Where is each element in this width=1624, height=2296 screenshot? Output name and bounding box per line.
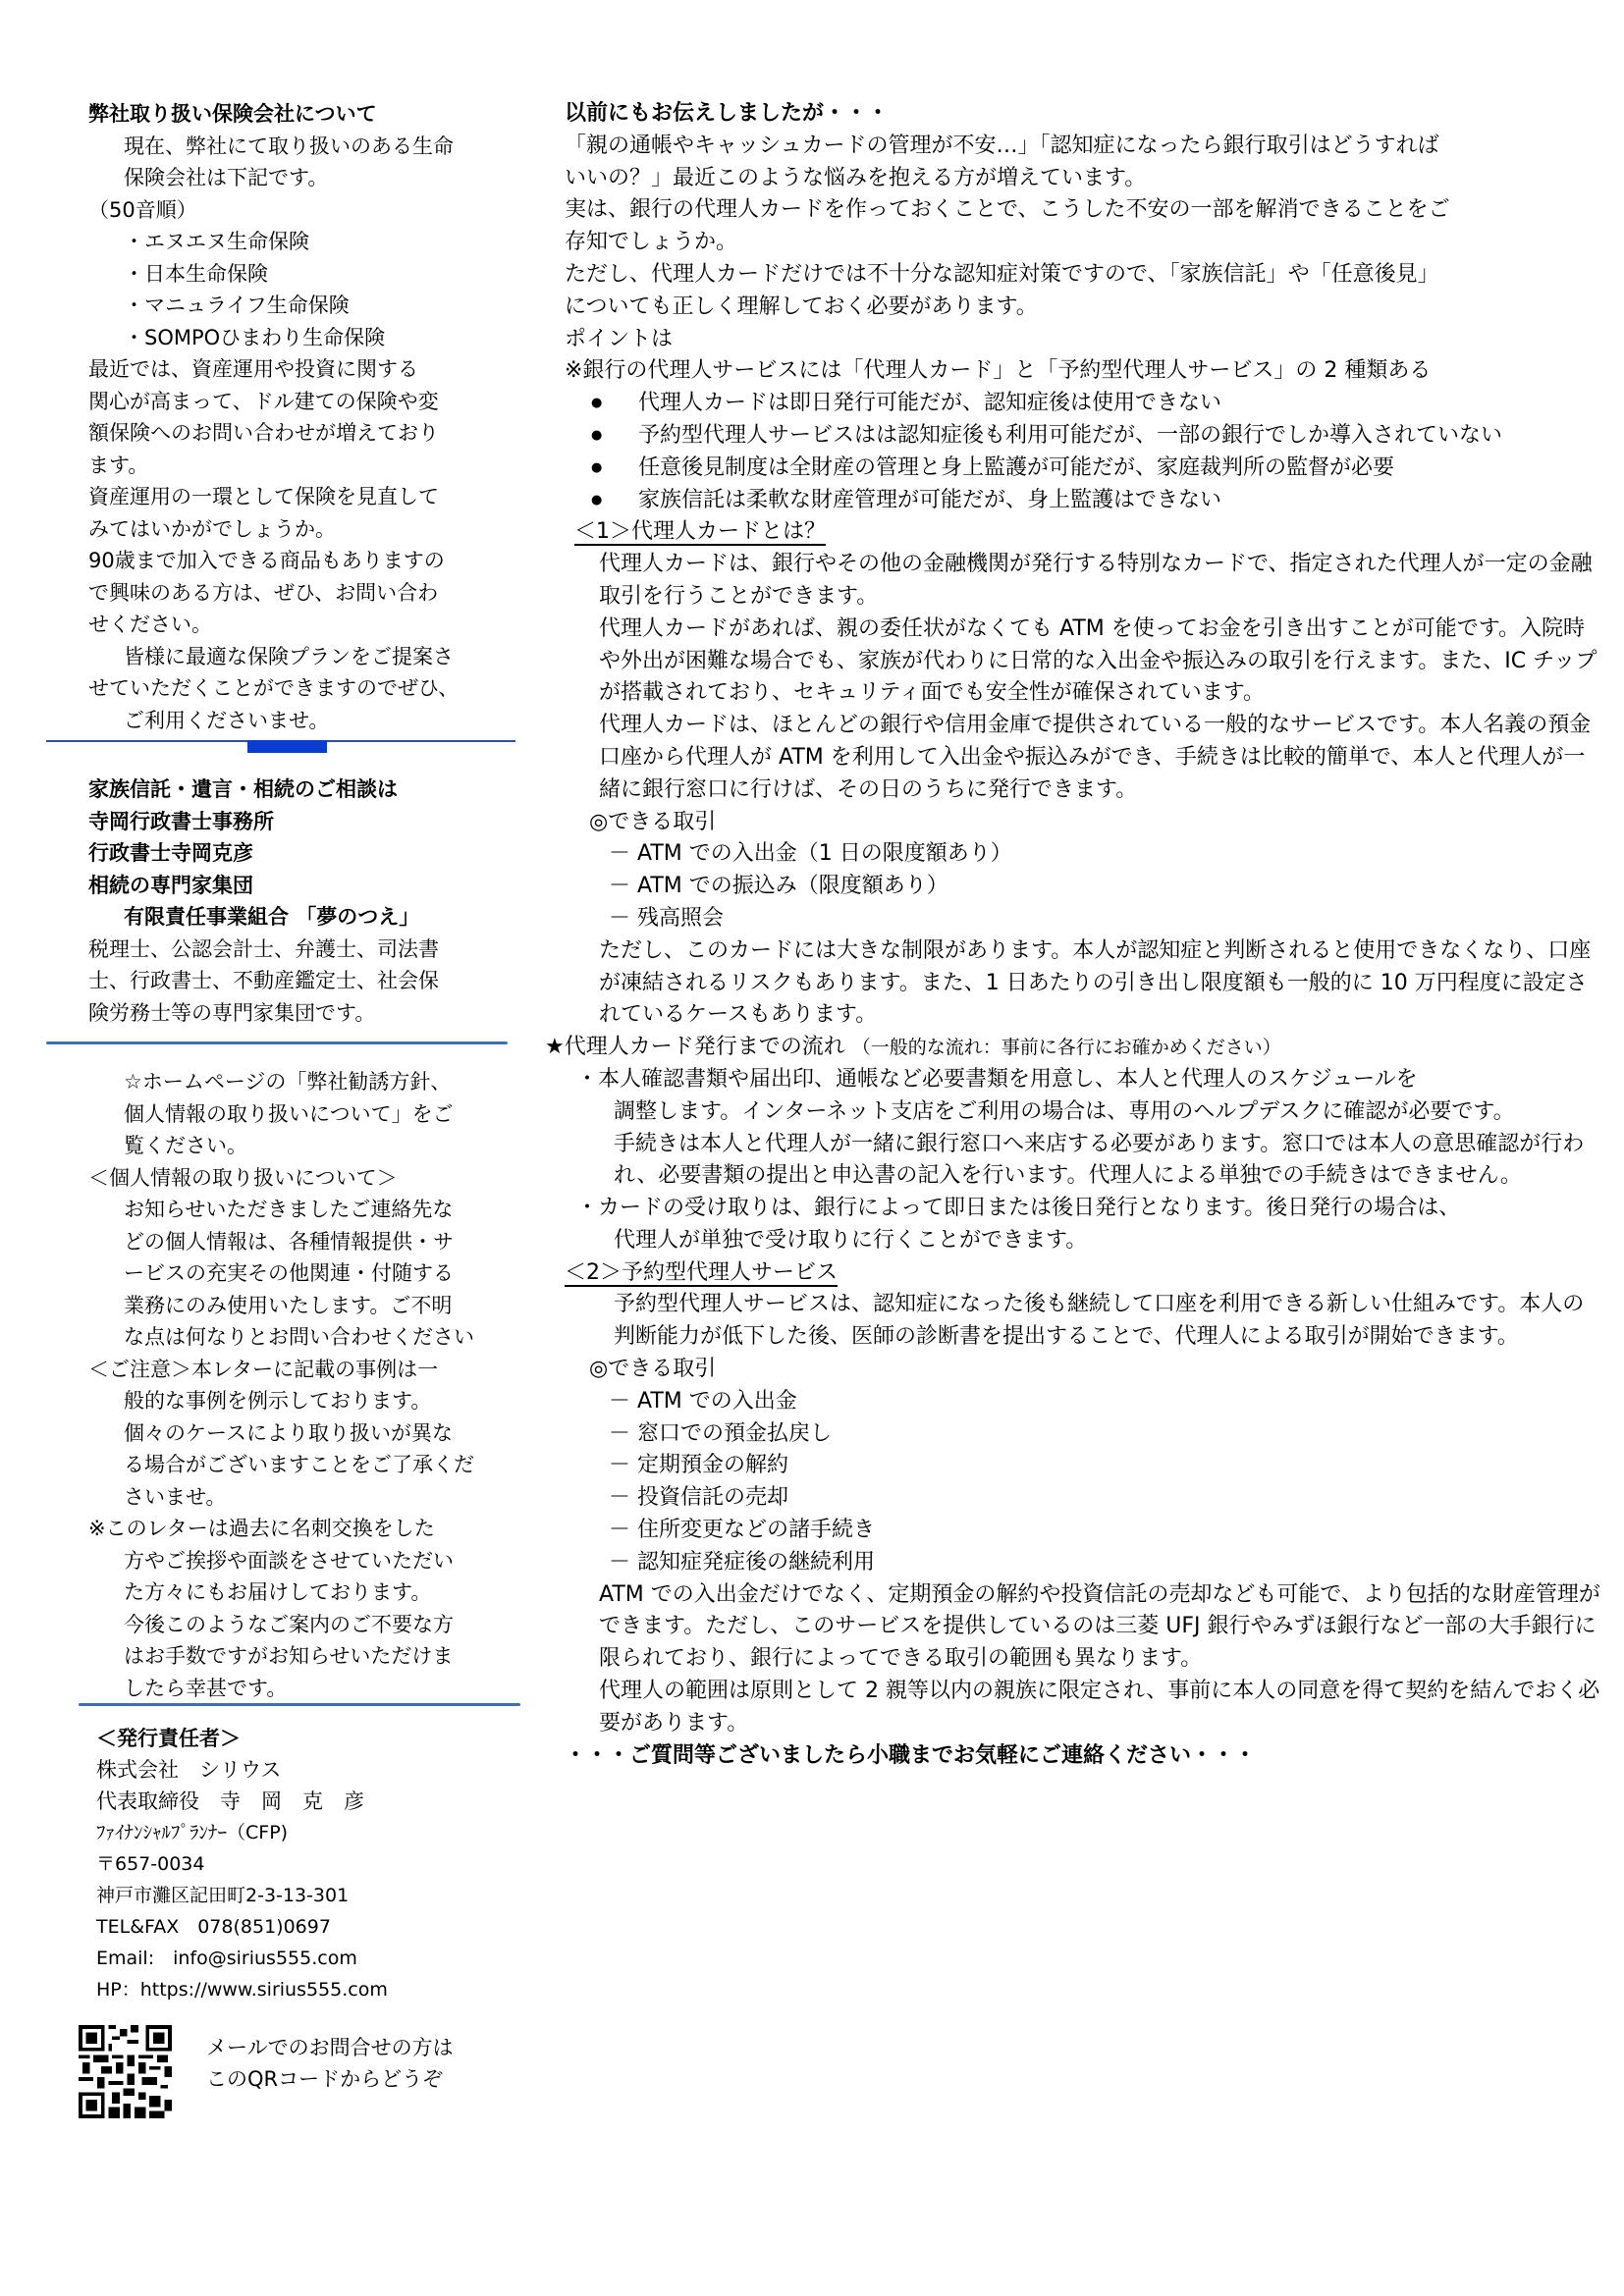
section1-title: ＜1＞代理人カードとは？ [565, 516, 1605, 549]
consult-group: 相続の専門家集団 [88, 870, 511, 902]
section1-paragraph: 代理人カードは、ほとんどの銀行や信用金庫で提供されている一般的なサービスです。本… [565, 710, 1605, 806]
consult-body-line: 税理士、公認会計士、弁護士、司法書 [88, 934, 511, 966]
consult-office: 寺岡行政書士事務所 [88, 806, 511, 838]
intro-line: 「親の通帳やキャッシュカードの管理が不安…」「認知症になったら銀行取引はどうすれ… [565, 131, 1605, 163]
section1-transactions-label: ◎できる取引 [565, 807, 1605, 839]
insurance-closing-line: ご利用くださいませ。 [88, 705, 511, 737]
note-line: 今後このようなご案内のご不要な方 [88, 1609, 511, 1641]
insurance-heading: 弊社取り扱い保険会社について [88, 98, 511, 131]
insurance-body-line: 関心が高まって、ドル建ての保険や変 [88, 386, 511, 418]
section2-transaction: － 認知症発症後の継続利用 [565, 1547, 1605, 1579]
publisher-tel: TEL&FAX 078(851)0697 [96, 1911, 518, 1943]
section2-transaction: － 窓口での預金払戻し [565, 1418, 1605, 1451]
publisher-representative: 代表取締役 寺 岡 克 彦 [96, 1786, 518, 1817]
section1-limitation: ただし、このカードには大きな制限があります。本人が認知症と判断されると使用できな… [565, 935, 1605, 1032]
qr-instruction: メールでのお問合せの方は このQRコードからどうぞ [206, 2032, 454, 2095]
insurance-closing-line: 皆様に最適な保険プランをご提案さ [88, 641, 511, 673]
intro-line: についても正しく理解しておく必要があります。 [565, 292, 1605, 324]
note-line: はお手数ですがお知らせいただけま [88, 1640, 511, 1673]
intro-line: 実は、銀行の代理人カードを作っておくことで、こうした不安の一部を解消できることを… [565, 194, 1605, 227]
qr-code-icon[interactable] [79, 2025, 172, 2118]
note-first-line: ※このレターは過去に名刺交換をした [88, 1513, 511, 1545]
right-column: 以前にもお伝えしましたが・・・ 「親の通帳やキャッシュカードの管理が不安…」「認… [565, 98, 1605, 1772]
note-line: た方々にもお届けしております。 [88, 1576, 511, 1609]
caution-first-line: ＜ご注意＞本レターに記載の事例は一 [88, 1354, 511, 1386]
caution-line: 般的な事例を例示しております。 [88, 1385, 511, 1417]
flow-title-row: ★代理人カード発行までの流れ （一般的な流れ：事前に各行にお確かめください） [545, 1032, 1605, 1064]
consult-body-line: 士、行政書士、不動産鑑定士、社会保 [88, 965, 511, 997]
privacy-line: どの個人情報は、各種情報提供・サ [88, 1226, 511, 1258]
section2-paragraph: 代理人の範囲は原則として 2 親等以内の親族に限定され、事前に本人の同意を得て契… [565, 1676, 1605, 1740]
publisher-address: 神戸市灘区記田町2-3-13-301 [96, 1880, 518, 1911]
section2-intro: 予約型代理人サービスは、認知症になった後も継続して口座を利用できる新しい仕組みで… [565, 1289, 1605, 1354]
points-list: 代理人カードは即日発行可能だが、認知症後は使用できない 予約型代理人サービスはは… [565, 388, 1605, 516]
insurance-body-line: せください。 [88, 609, 511, 641]
point-item: 任意後見制度は全財産の管理と身上監護が可能だが、家庭裁判所の監督が必要 [565, 453, 1605, 485]
intro-line: ただし、代理人カードだけでは不十分な認知症対策ですので、「家族信託」や「任意後見… [565, 259, 1605, 292]
points-label: ポイントは [565, 324, 1605, 356]
section1-transaction: － ATM での振込み（限度額あり） [565, 871, 1605, 903]
order-note: （50音順） [88, 194, 511, 227]
insurance-intro-line: 現在、弊社にて取り扱いのある生命 [88, 131, 511, 163]
privacy-line: な点は何なりとお問い合わせください [88, 1321, 511, 1354]
insurance-body-line: 90歳まで加入できる商品もありますの [88, 545, 511, 577]
accent-bar [247, 740, 327, 753]
insurance-body-line: ます。 [88, 450, 511, 482]
point-item: 家族信託は柔軟な財産管理が可能だが、身上監護はできない [565, 485, 1605, 517]
article-heading: 以前にもお伝えしましたが・・・ [565, 98, 1605, 131]
caution-line: 個々のケースにより取り扱いが異な [88, 1417, 511, 1450]
section1-paragraph: 代理人カードは、銀行やその他の金融機関が発行する特別なカードで、指定された代理人… [565, 549, 1605, 614]
caution-line: る場合がございますことをご了承くだ [88, 1449, 511, 1481]
section2-transaction: － 定期預金の解約 [565, 1450, 1605, 1482]
insurance-intro-line: 保険会社は下記です。 [88, 162, 511, 194]
section2-transaction: － 住所変更などの諸手続き [565, 1515, 1605, 1547]
publisher-postal: 〒657-0034 [96, 1848, 518, 1880]
homepage-note-line: 個人情報の取り扱いについて」をご [88, 1098, 511, 1131]
insurance-body-line: みてはいかがでしょうか。 [88, 513, 511, 546]
publisher-company: 株式会社 シリウス [96, 1754, 518, 1786]
publisher-heading: ＜発行責任者＞ [96, 1723, 518, 1754]
qr-instruction-line: メールでのお問合せの方は [206, 2032, 454, 2063]
section1-paragraph: 代理人カードがあれば、親の委任状がなくても ATM を使ってお金を引き出すことが… [565, 614, 1605, 710]
flow-step-first: ・カードの受け取りは、銀行によって即日または後日発行となります。後日発行の場合は… [565, 1193, 1605, 1225]
section2-transaction: － 投資信託の売却 [565, 1482, 1605, 1515]
section1-transaction: － ATM での入出金（1 日の限度額あり） [565, 838, 1605, 871]
flow-step-rest: 調整します。インターネット支店をご利用の場合は、専用のヘルプデスクに確認が必要で… [565, 1096, 1605, 1129]
flow-step-rest: 代理人が単独で受け取りに行くことができます。 [565, 1225, 1605, 1257]
union-name: 有限責任事業組合 「夢のつえ」 [88, 901, 511, 934]
consult-heading: 家族信託・遺言・相続のご相談は [88, 774, 511, 806]
publisher-block: ＜発行責任者＞ 株式会社 シリウス 代表取締役 寺 岡 克 彦 ﾌｧｲﾅﾝｼｬﾙ… [96, 1723, 518, 2005]
intro-line: 存知でしょうか。 [565, 227, 1605, 259]
insurance-body-line: で興味のある方は、ぜひ、お問い合わ [88, 577, 511, 610]
consult-person: 行政書士寺岡克彦 [88, 837, 511, 870]
caution-line: さいませ。 [88, 1481, 511, 1514]
insurer-item: ・マニュライフ生命保険 [88, 290, 511, 322]
privacy-line: お知らせいただきましたご連絡先な [88, 1194, 511, 1226]
consult-body-line: 険労務士等の専門家集団です。 [88, 997, 511, 1030]
section1-transaction: － 残高照会 [565, 903, 1605, 935]
section2-title: ＜2＞予約型代理人サービス [565, 1257, 1605, 1290]
homepage-note-line: 覧ください。 [88, 1130, 511, 1162]
insurance-body-line: 資産運用の一環として保険を見直して [88, 481, 511, 513]
points-summary: ※銀行の代理人サービスには「代理人カード」と「予約型代理人サービス」の 2 種類… [565, 355, 1605, 388]
flow-note: （一般的な流れ：事前に各行にお確かめください） [852, 1037, 1281, 1058]
insurer-item: ・エヌエヌ生命保険 [88, 226, 511, 258]
insurance-body-line: 額保険へのお問い合わせが増えており [88, 417, 511, 450]
divider-line [46, 1041, 508, 1044]
section2-paragraph: ATM での入出金だけでなく、定期預金の解約や投資信託の売却なども可能で、より包… [565, 1579, 1605, 1676]
point-item: 予約型代理人サービスはは認知症後も利用可能だが、一部の銀行でしか導入されていない [565, 420, 1605, 453]
closing-message: ・・・ご質問等ございましたら小職までお気軽にご連絡ください・・・ [565, 1740, 1605, 1773]
note-line: 方やご挨拶や面談をさせていただい [88, 1545, 511, 1577]
section2-transactions-label: ◎できる取引 [565, 1354, 1605, 1386]
privacy-line: ービスの充実その他関連・付随する [88, 1257, 511, 1290]
left-column: 弊社取り扱い保険会社について 現在、弊社にて取り扱いのある生命 保険会社は下記で… [88, 98, 511, 1704]
privacy-line: 業務にのみ使用いたします。ご不明 [88, 1290, 511, 1322]
qr-instruction-line: このQRコードからどうぞ [206, 2063, 454, 2095]
flow-step-rest: 手続きは本人と代理人が一緒に銀行窓口へ来店する必要があります。窓口では本人の意思… [565, 1129, 1605, 1194]
homepage-note-line: ☆ホームページの「弊社勧誘方針、 [88, 1066, 511, 1098]
publisher-email[interactable]: Email: info@sirius555.com [96, 1943, 518, 1974]
publisher-homepage[interactable]: HP：https://www.sirius555.com [96, 1974, 518, 2005]
insurer-item: ・SOMPOひまわり生命保険 [88, 322, 511, 354]
flow-title: ★代理人カード発行までの流れ [545, 1035, 845, 1059]
privacy-heading: ＜個人情報の取り扱いについて＞ [88, 1162, 511, 1195]
point-item: 代理人カードは即日発行可能だが、認知症後は使用できない [565, 388, 1605, 420]
intro-line: いいの？」最近このような悩みを抱える方が増えています。 [565, 163, 1605, 195]
insurer-item: ・日本生命保険 [88, 258, 511, 291]
insurance-body-line: 最近では、資産運用や投資に関する [88, 353, 511, 386]
publisher-title: ﾌｧｲﾅﾝｼｬﾙﾌﾟﾗﾝﾅｰ（CFP) [96, 1817, 518, 1848]
insurance-closing-line: せていただくことができますのでぜひ、 [88, 672, 511, 705]
note-line: したら幸甚です。 [88, 1673, 511, 1705]
flow-step-first: ・本人確認書類や届出印、通帳など必要書類を用意し、本人と代理人のスケジュールを [565, 1064, 1605, 1096]
divider-line [79, 1703, 520, 1706]
section2-transaction: － ATM での入出金 [565, 1386, 1605, 1418]
